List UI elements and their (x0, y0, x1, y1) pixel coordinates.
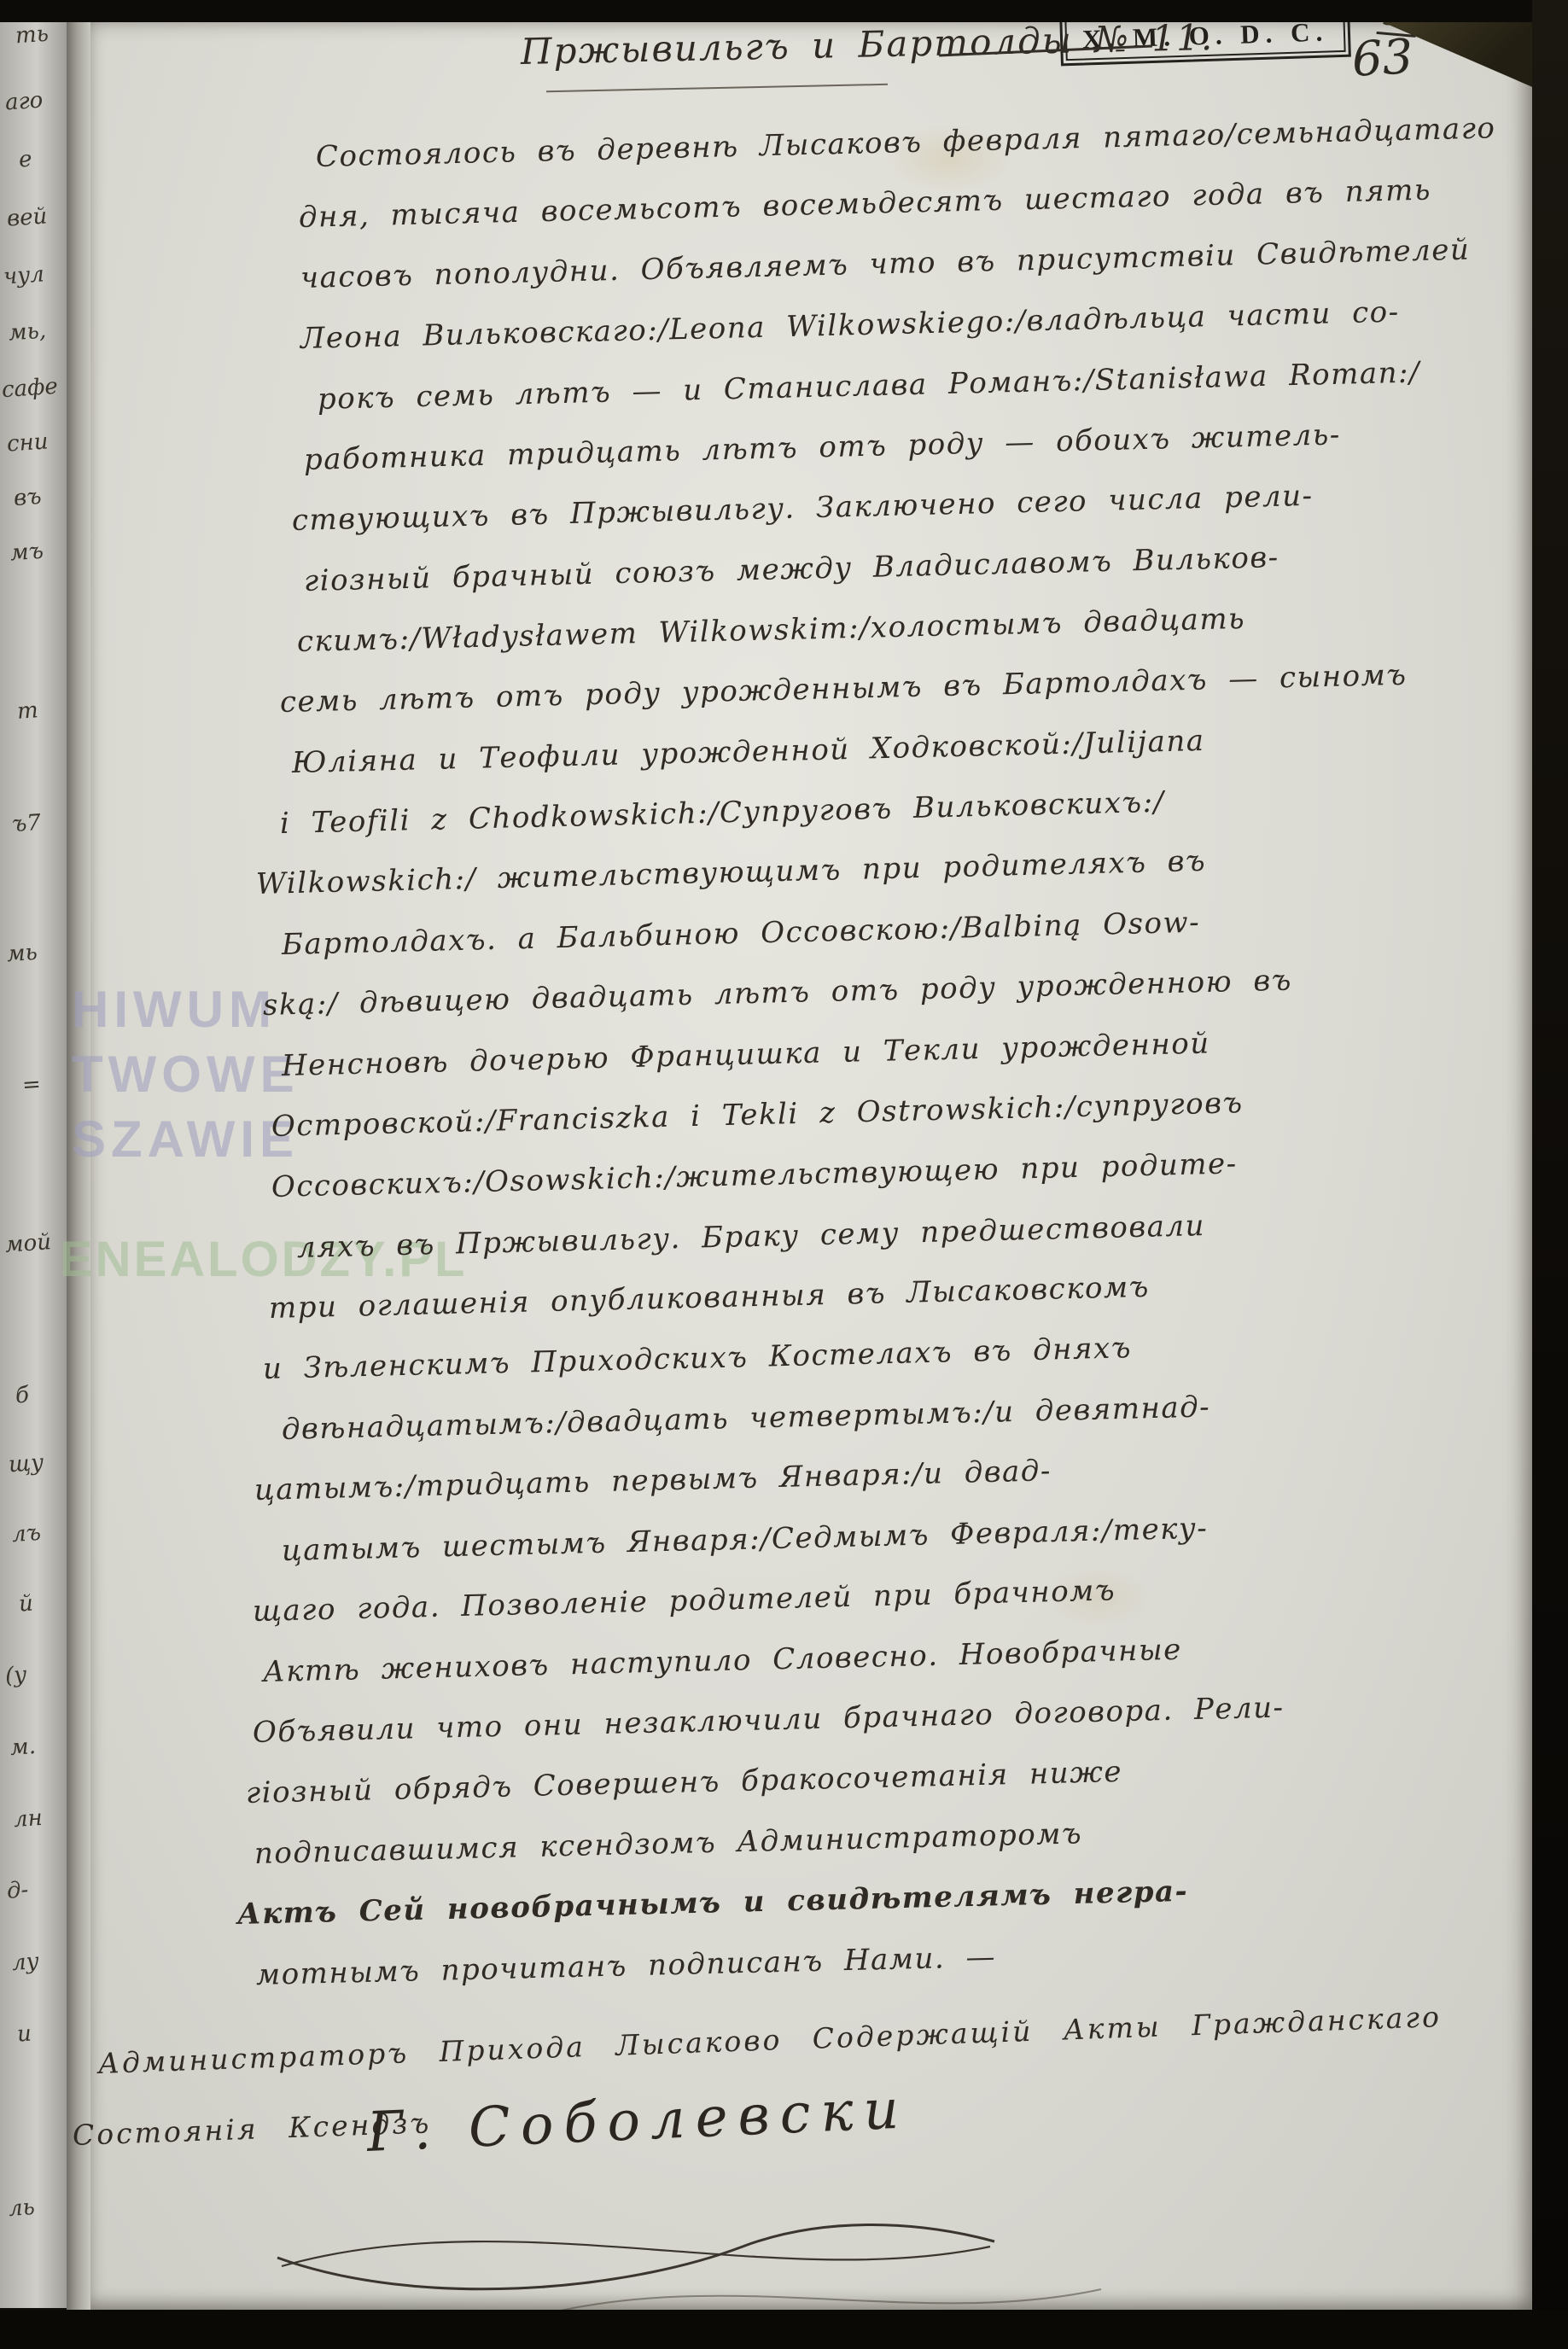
facing-page-text-fragment: = (21, 1071, 42, 1098)
facing-page-text-fragment: лъ (11, 1520, 42, 1548)
facing-page-text-fragment: й (18, 1590, 34, 1617)
photo-edge-bottom (0, 2310, 1568, 2349)
watermark-warszawie: SZAWIE (72, 1110, 299, 1169)
facing-page-text-fragment: ль (8, 2195, 36, 2222)
facing-page-text-fragment: е (18, 146, 32, 172)
facing-page-text-fragment: мой (4, 1229, 52, 1258)
facing-page-text-fragment: мъ (9, 539, 44, 567)
facing-page-text-fragment: мь, (8, 318, 47, 347)
facing-page-text-fragment: м. (9, 1734, 37, 1761)
facing-page-text-fragment: сни (6, 428, 49, 457)
facing-page-text-fragment: мь (6, 940, 38, 967)
watermark-panstwowe: TWOWE (72, 1045, 300, 1104)
facing-page-text-fragment: ть (15, 21, 50, 50)
facing-page-text-fragment: лу (11, 1949, 40, 1976)
facing-page-text-fragment: д- (6, 1877, 29, 1904)
facing-page-text-fragment: (у (4, 1662, 27, 1689)
facing-page-text-fragment: m (16, 697, 39, 725)
facing-page-text-fragment: ъ7 (11, 810, 42, 837)
facing-page-text-fragment: щу (8, 1450, 44, 1478)
facing-page-edge: ть аго е вей чул мь, сафе сни въ мъ m ъ7… (0, 10, 67, 2308)
facing-page-text-fragment: б (15, 1382, 30, 1408)
scanned-register-page: ть аго е вей чул мь, сафе сни въ мъ m ъ7… (0, 0, 1568, 2349)
facing-page-text-fragment: аго (4, 87, 44, 115)
facing-page-text-fragment: чул (3, 261, 45, 289)
facing-page-text-fragment: и (16, 2020, 32, 2047)
facing-page-text-fragment: въ (13, 484, 42, 511)
facing-page-text-fragment: лн (13, 1805, 44, 1833)
photo-edge-top (0, 0, 1568, 22)
facing-page-text-fragment: сафе (1, 374, 59, 404)
photo-edge-right (1532, 0, 1568, 2349)
watermark-archiwum: HIWUM (72, 980, 277, 1039)
facing-page-text-fragment: вей (6, 203, 48, 231)
page-number-new: 63 (1350, 29, 1414, 88)
